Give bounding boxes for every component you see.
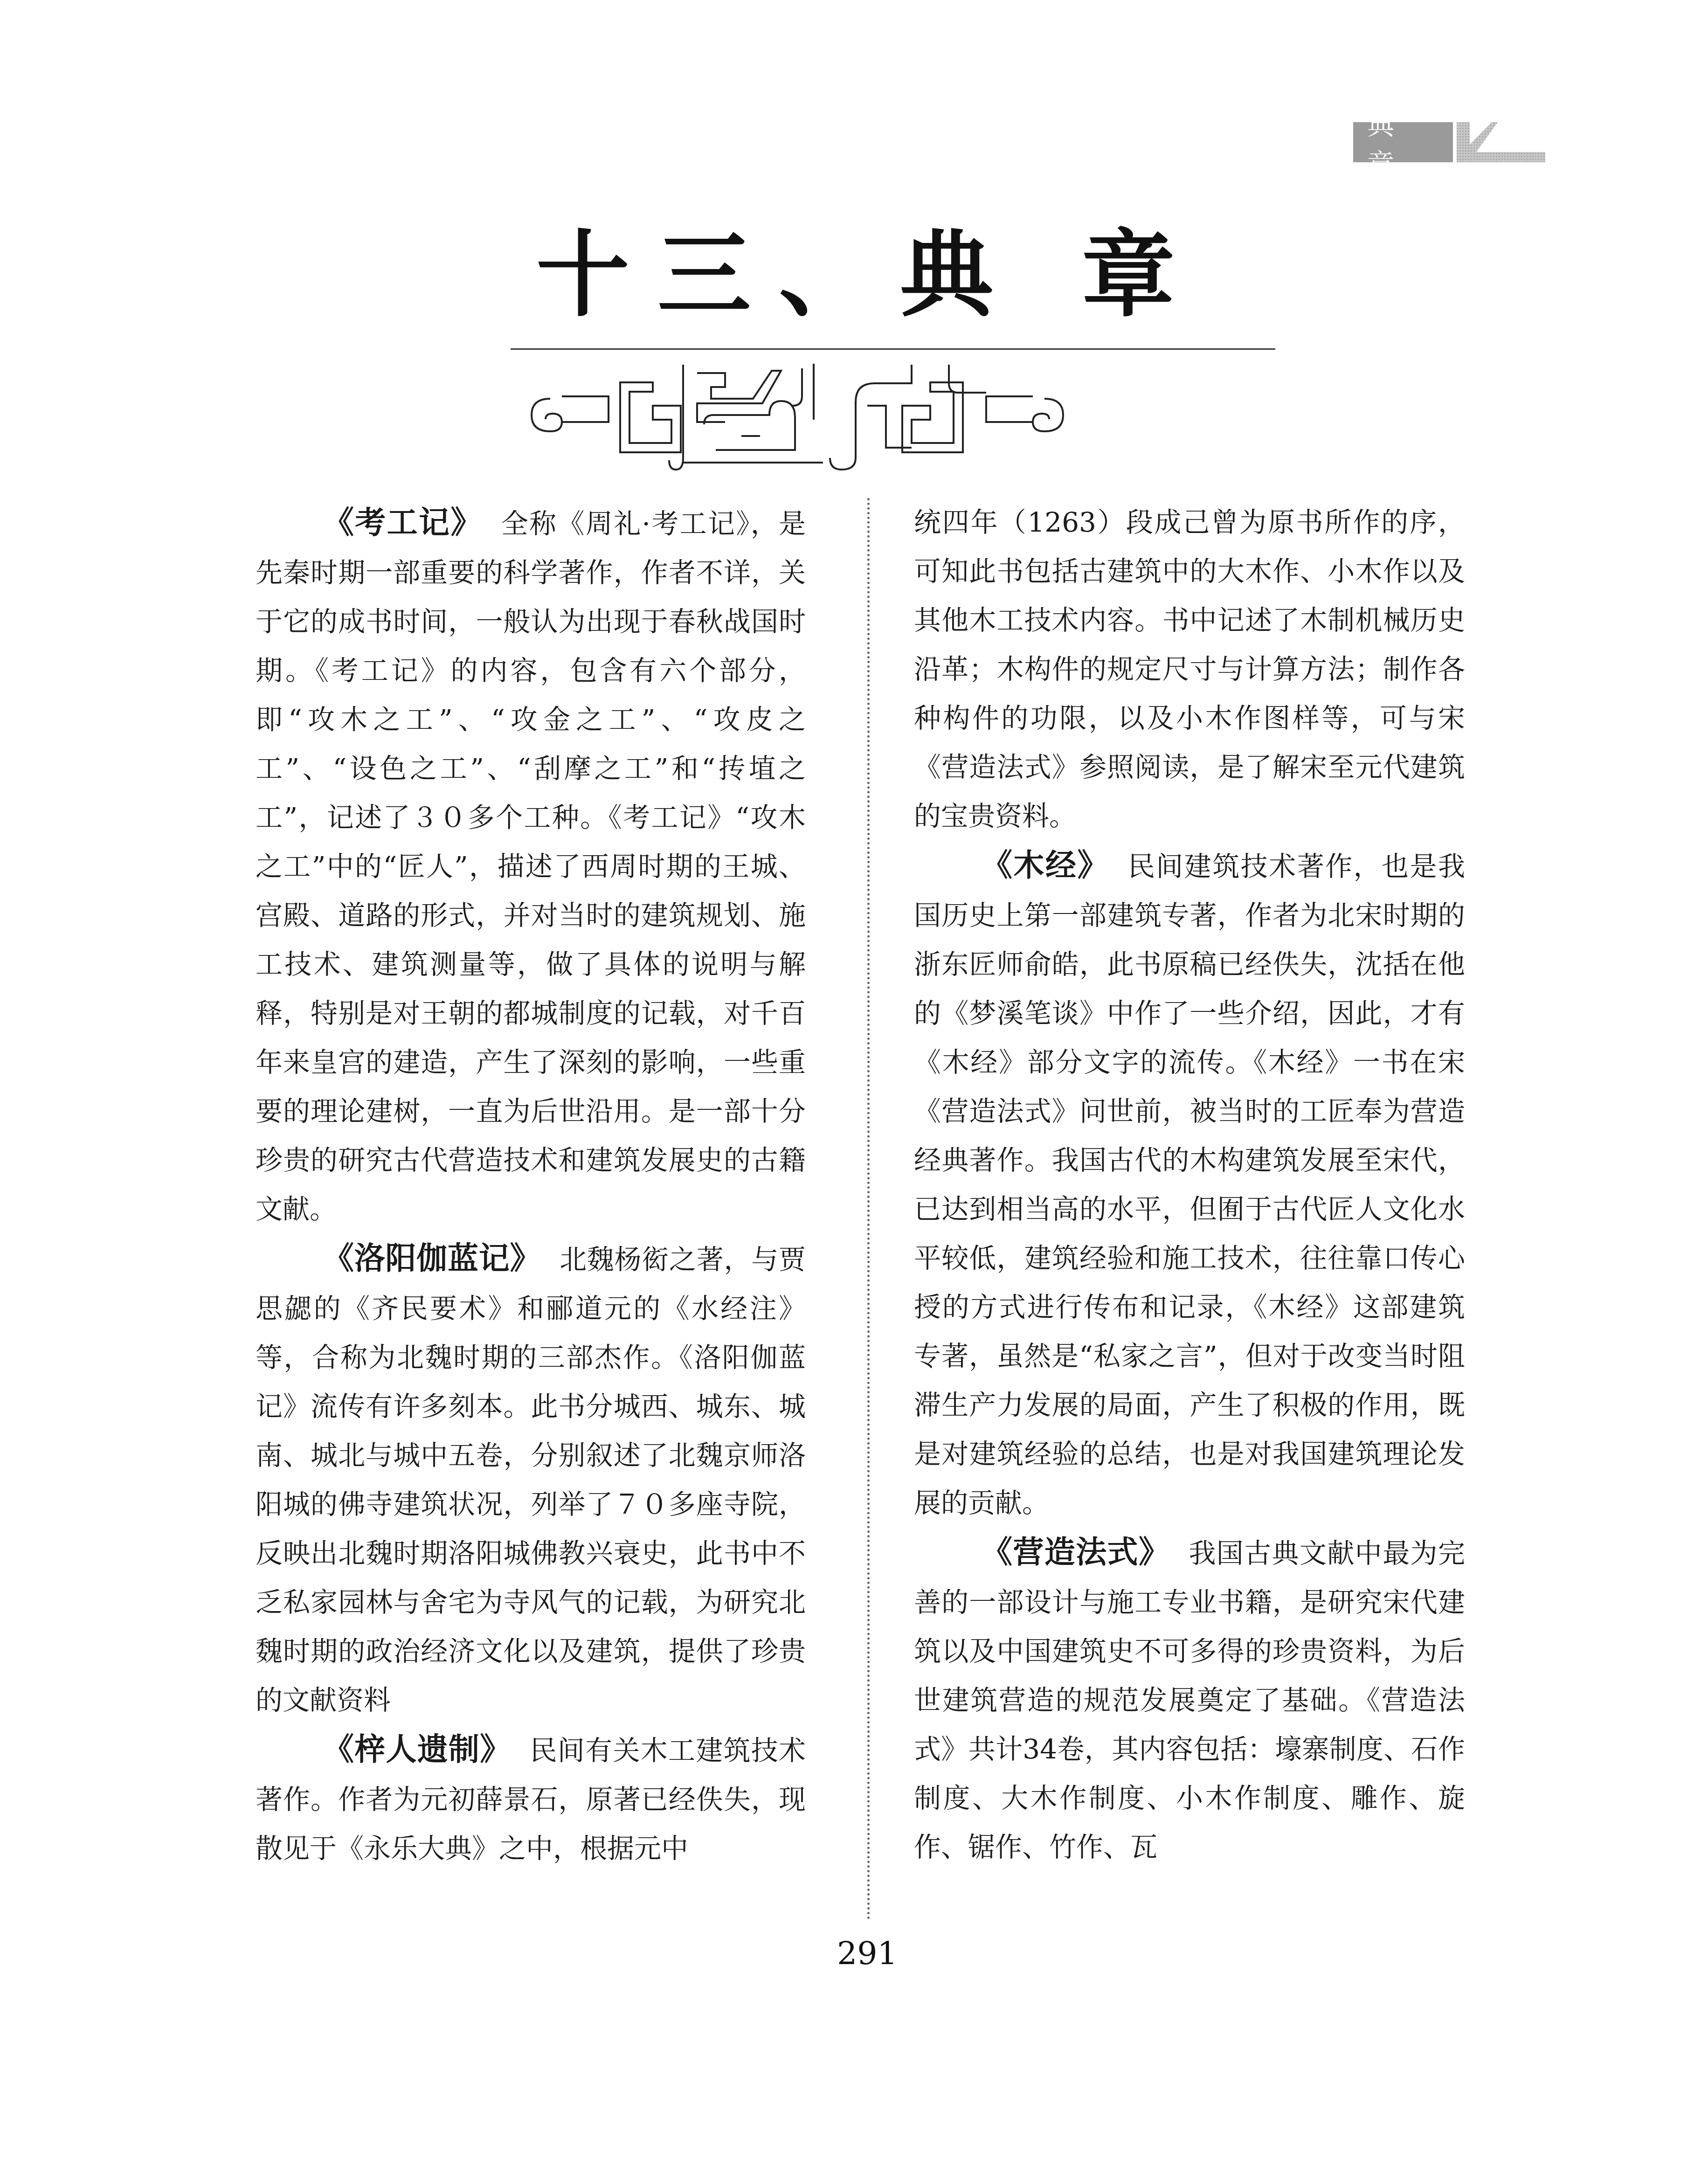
entry-text: 我国古典文献中最为完善的一部设计与施工专业书籍，是研究宋代建筑以及中国建筑史不可… <box>914 1537 1465 1863</box>
entry-term: 《木经》 <box>982 847 1109 883</box>
chapter-title: 十三、典 章 <box>536 224 1236 326</box>
entry-text: 全称《周礼·考工记》，是先秦时期一部重要的科学著作，作者不详，关于它的成书时间，… <box>256 508 806 1225</box>
entry-text: 北魏杨衒之著，与贾思勰的《齐民要术》和郦道元的《水经注》等，合称为北魏时期的三部… <box>256 1244 806 1716</box>
entry-yingzao-fashi: 《营造法式》我国古典文献中最为完善的一部设计与施工专业书籍，是研究宋代建筑以及中… <box>914 1528 1465 1872</box>
entry-continuation: 统四年（1263）段成己曾为原书所作的序，可知此书包括古建筑中的大木作、小木作以… <box>914 498 1465 841</box>
entry-term: 《洛阳伽蓝记》 <box>323 1240 541 1276</box>
column-divider <box>867 498 870 1920</box>
entry-text: 民间建筑技术著作，也是我国历史上第一部建筑专著，作者为北宋时期的浙东匠师俞皓，此… <box>914 851 1465 1519</box>
right-column: 统四年（1263）段成己曾为原书所作的序，可知此书包括古建筑中的大木作、小木作以… <box>914 498 1465 1872</box>
running-head-label: 典 章 <box>1353 122 1453 162</box>
cloud-scroll-ornament-icon <box>522 354 1072 477</box>
entry-kaogongji: 《考工记》全称《周礼·考工记》，是先秦时期一部重要的科学著作，作者不详，关于它的… <box>256 498 806 1234</box>
entry-term: 《梓人遗制》 <box>323 1731 512 1767</box>
title-rule <box>511 348 1275 350</box>
entry-luoyang-qielan-ji: 《洛阳伽蓝记》北魏杨衒之著，与贾思勰的《齐民要术》和郦道元的《水经注》等，合称为… <box>256 1234 806 1725</box>
corner-arrow-icon <box>1457 122 1545 162</box>
entry-mujing: 《木经》民间建筑技术著作，也是我国历史上第一部建筑专著，作者为北宋时期的浙东匠师… <box>914 841 1465 1528</box>
entry-ziren-yizhi: 《梓人遗制》民间有关木工建筑技术著作。作者为元初薛景石，原著已经佚失，现散见于《… <box>256 1725 806 1873</box>
running-head: 典 章 <box>1353 122 1545 162</box>
page-number: 291 <box>830 1935 905 1972</box>
left-column: 《考工记》全称《周礼·考工记》，是先秦时期一部重要的科学著作，作者不详，关于它的… <box>256 498 806 1873</box>
entry-term: 《营造法式》 <box>982 1534 1170 1570</box>
entry-term: 《考工记》 <box>323 505 483 540</box>
